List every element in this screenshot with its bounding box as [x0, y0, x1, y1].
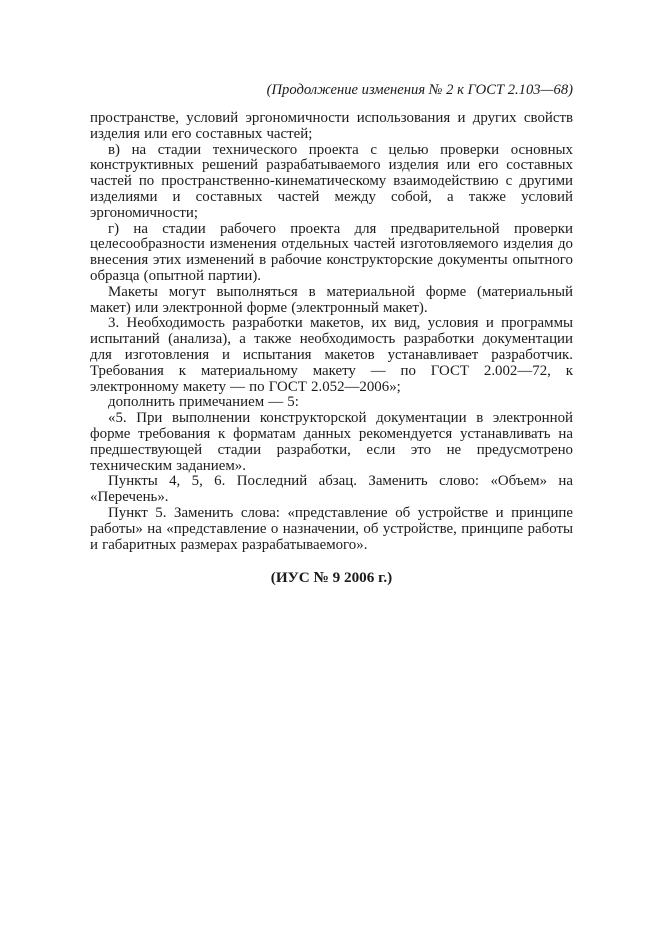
paragraph: дополнить примечанием — 5: — [90, 395, 573, 411]
document-page: (Продолжение изменения № 2 к ГОСТ 2.103—… — [0, 0, 661, 936]
paragraph: Пункт 5. Заменить слова: «представление … — [90, 506, 573, 553]
paragraph: в) на стадии технического проекта с цель… — [90, 143, 573, 222]
paragraph: Макеты могут выполняться в материальной … — [90, 285, 573, 317]
page-content: (Продолжение изменения № 2 к ГОСТ 2.103—… — [90, 82, 573, 586]
paragraph: 3. Необходимость разработки макетов, их … — [90, 316, 573, 395]
body-text: пространстве, условий эргономичности исп… — [90, 111, 573, 553]
source-note: (ИУС № 9 2006 г.) — [90, 570, 573, 586]
paragraph: пространстве, условий эргономичности исп… — [90, 111, 573, 143]
running-header: (Продолжение изменения № 2 к ГОСТ 2.103—… — [90, 82, 573, 98]
paragraph: г) на стадии рабочего проекта для предва… — [90, 222, 573, 285]
paragraph: «5. При выполнении конструкторской докум… — [90, 411, 573, 474]
paragraph: Пункты 4, 5, 6. Последний абзац. Заменит… — [90, 474, 573, 506]
